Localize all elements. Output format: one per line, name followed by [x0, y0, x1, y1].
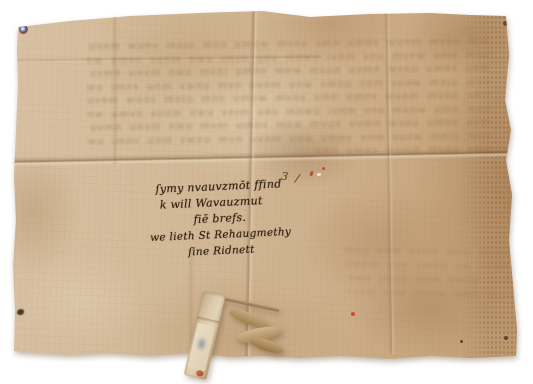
pendent-seal-tag — [180, 280, 310, 384]
red-wax-speck — [351, 312, 355, 316]
archival-notation: 3 / — [280, 170, 302, 186]
pin-top-right — [503, 21, 508, 26]
red-wax-speck — [322, 167, 325, 170]
ink-bleedthrough-lower: unvm mnu wnvu nmv unm mnvu wn unmv nuv m… — [300, 243, 511, 303]
seal-tag-ink-smudge — [194, 335, 208, 353]
pin-top-left — [19, 25, 28, 34]
surface-flaw-speck — [317, 173, 321, 176]
fold-crease-vertical-left-upper — [112, 14, 118, 164]
seal-tag-strip — [184, 291, 226, 380]
endorsement-inscription: ſymy nvauvzmōt ffind k will Wavauzmut fi… — [136, 176, 303, 264]
seal-tag-face — [187, 323, 215, 372]
wax-remnant-dot — [196, 370, 204, 377]
pin-bottom-right-small — [460, 340, 463, 343]
pin-bottom-right — [504, 336, 508, 340]
photograph: nım unvm mnuw vnmu nmv unvm wnmu vnm uın… — [0, 0, 533, 384]
